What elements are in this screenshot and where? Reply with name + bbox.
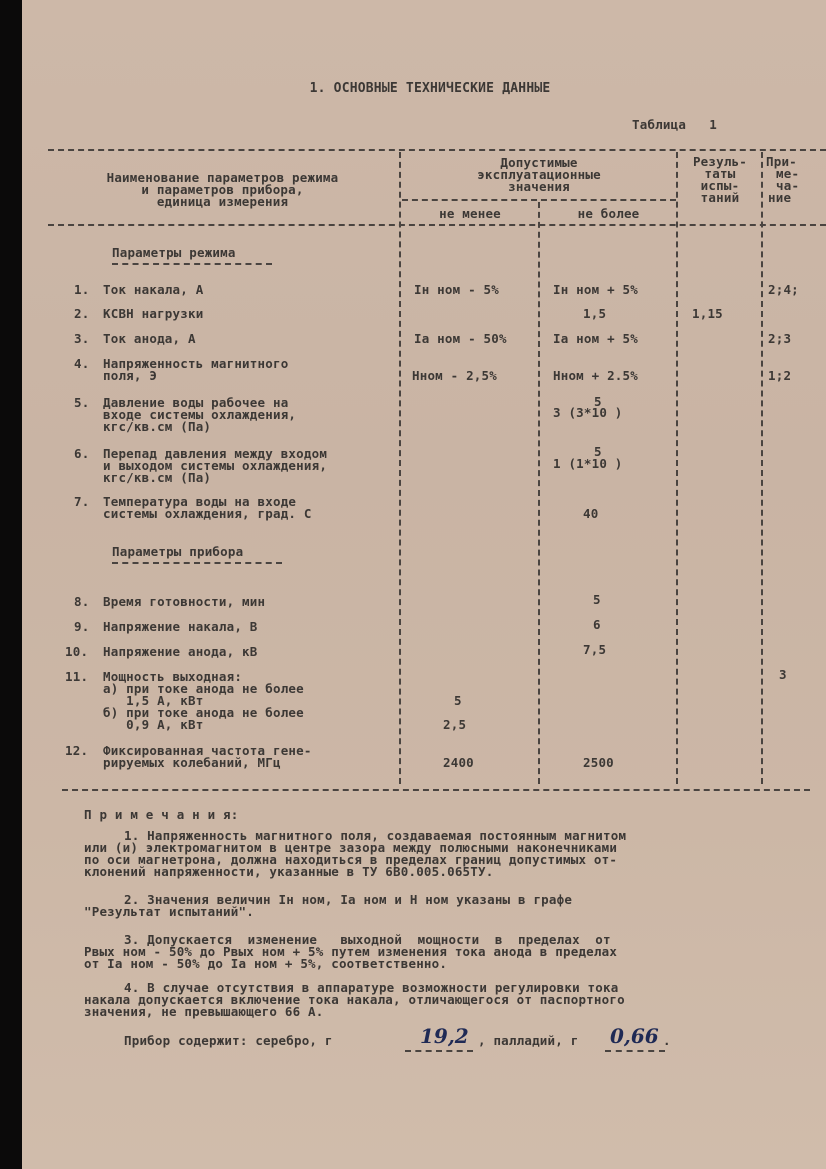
header-col-min: не менее <box>402 207 538 220</box>
row-12-max: 2500 <box>583 756 614 769</box>
row-2-max: 1,5 <box>583 307 606 320</box>
row-7-num: 7. <box>74 495 89 508</box>
silver-underline <box>405 1050 473 1052</box>
col-separator-1 <box>399 152 401 784</box>
header-col-note-4: ние <box>768 191 791 204</box>
row-4-note: 1;2 <box>768 369 791 382</box>
subheader-divider <box>402 199 676 201</box>
row-1-num: 1. <box>74 283 89 296</box>
col-separator-4 <box>761 152 763 784</box>
row-6-name-3: кгс/кв.см (Па) <box>103 471 211 484</box>
row-12-num: 12. <box>65 744 88 757</box>
page-title: 1. ОСНОВНЫЕ ТЕХНИЧЕСКИЕ ДАННЫЕ <box>200 82 660 95</box>
row-5-max: 3 (3*10 ) <box>553 406 623 419</box>
row-1-note: 2;4; <box>768 283 799 296</box>
row-4-max: Нном + 2.5% <box>553 369 638 382</box>
palladium-underline <box>605 1050 665 1052</box>
row-1-name: Ток накала, А <box>103 283 203 296</box>
note-1-line-4: клонений напряженности, указанные в ТУ 6… <box>84 865 493 878</box>
table-label: Таблица 1 <box>632 118 717 131</box>
table-top-border <box>48 149 826 151</box>
row-5-num: 5. <box>74 396 89 409</box>
row-6-num: 6. <box>74 447 89 460</box>
row-7-name-2: системы охлаждения, град. С <box>103 507 312 520</box>
header-bottom-border <box>48 224 826 226</box>
notes-heading: П р и м е ч а н и я: <box>84 808 239 821</box>
note-3-line-3: от Iа ном - 50% до Iа ном + 5%, соответс… <box>84 957 447 970</box>
header-col-param-3: единица измерения <box>50 195 395 208</box>
col-separator-2 <box>538 202 540 784</box>
row-1-min: Iн ном - 5% <box>414 283 499 296</box>
section-mode-title: Параметры режима <box>112 246 236 259</box>
row-4-num: 4. <box>74 357 89 370</box>
row-4-min: Нном - 2,5% <box>412 369 497 382</box>
header-col-allowed-3: значения <box>402 180 676 193</box>
row-1-max: Iн ном + 5% <box>553 283 638 296</box>
row-10-num: 10. <box>65 645 88 658</box>
table-bottom-border <box>62 789 810 791</box>
row-3-min: Iа ном - 50% <box>414 332 507 345</box>
row-9-name: Напряжение накала, В <box>103 620 258 633</box>
row-2-result: 1,15 <box>692 307 723 320</box>
row-11-min-b: 2,5 <box>443 718 466 731</box>
row-9-max: 6 <box>593 618 601 631</box>
contains-middle: , палладий, г <box>478 1034 578 1047</box>
row-10-max: 7,5 <box>583 643 606 656</box>
row-3-num: 3. <box>74 332 89 345</box>
contains-prefix: Прибор содержит: серебро, г <box>124 1034 333 1047</box>
row-11-num: 11. <box>65 670 88 683</box>
row-8-max: 5 <box>593 593 601 606</box>
row-11-name-5: 0,9 А, кВт <box>103 718 203 731</box>
note-2-line-2: "Результат испытаний". <box>84 905 254 918</box>
row-11-note: 3 <box>779 668 787 681</box>
row-8-num: 8. <box>74 595 89 608</box>
header-col-result-4: таний <box>679 191 761 204</box>
row-4-name-2: поля, Э <box>103 369 157 382</box>
header-col-max: не более <box>541 207 676 220</box>
row-3-note: 2;3 <box>768 332 791 345</box>
section-mode-underline <box>112 263 272 265</box>
note-4-line-3: значения, не превышающего 66 А. <box>84 1005 324 1018</box>
row-2-name: КСВН нагрузки <box>103 307 203 320</box>
scan-edge <box>0 0 22 1169</box>
contains-suffix: . <box>663 1034 671 1047</box>
row-7-max: 40 <box>583 507 598 520</box>
section-device-title: Параметры прибора <box>112 545 243 558</box>
palladium-amount: 0,66 <box>610 1024 659 1048</box>
row-12-name-2: рируемых колебаний, МГц <box>103 756 281 769</box>
row-11-min-a: 5 <box>454 694 462 707</box>
row-3-name: Ток анода, А <box>103 332 196 345</box>
row-10-name: Напряжение анода, кВ <box>103 645 258 658</box>
row-8-name: Время готовности, мин <box>103 595 265 608</box>
col-separator-3 <box>676 152 678 784</box>
row-6-max: 1 (1*10 ) <box>553 457 623 470</box>
row-2-num: 2. <box>74 307 89 320</box>
row-5-name-3: кгс/кв.см (Па) <box>103 420 211 433</box>
silver-amount: 19,2 <box>420 1024 469 1048</box>
row-3-max: Iа ном + 5% <box>553 332 638 345</box>
row-12-min: 2400 <box>443 756 474 769</box>
row-9-num: 9. <box>74 620 89 633</box>
section-device-underline <box>112 562 282 564</box>
